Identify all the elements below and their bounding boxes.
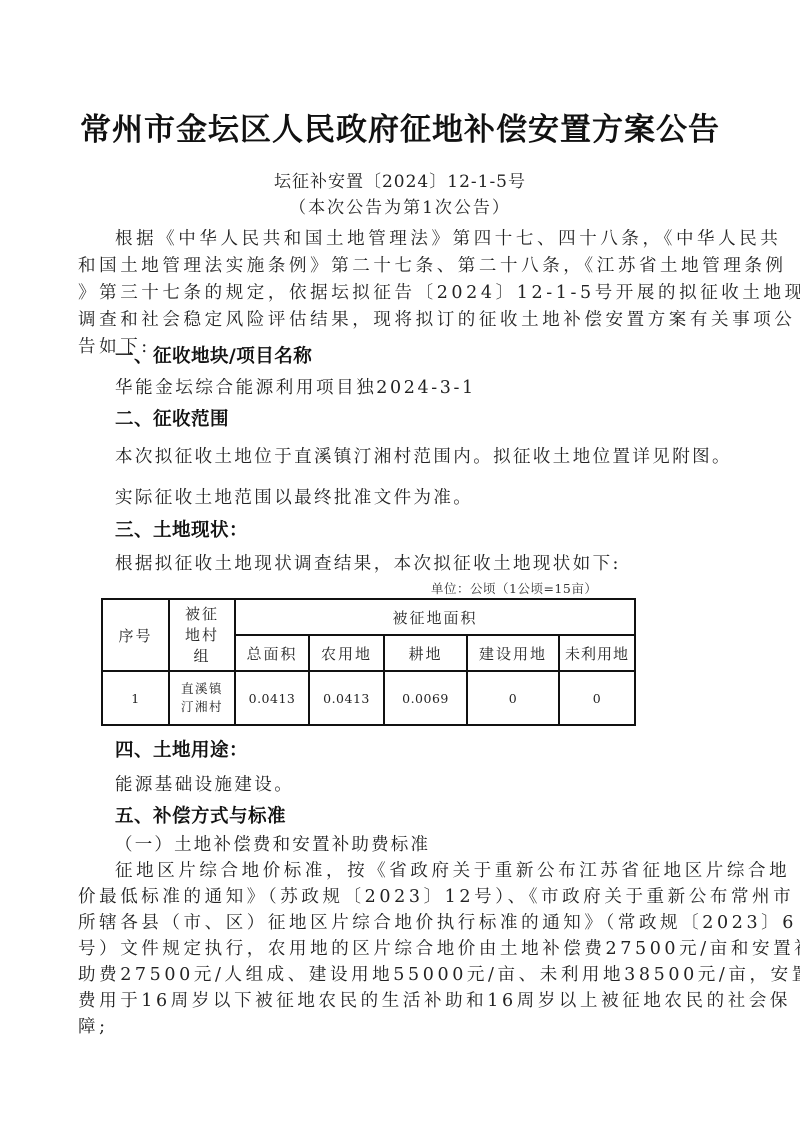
compensation-line: 所辖各县（市、区）征地区片综合地价执行标准的通知》（常政规〔2023〕6: [78, 909, 797, 934]
header-agricultural: 农用地: [309, 635, 384, 671]
cell-agricultural: 0.0413: [309, 671, 384, 725]
header-cultivated: 耕地: [384, 635, 467, 671]
land-status-table: 序号 被征地村组 被征地面积 总面积 农用地 耕地 建设用地 未利用地 1 直溪…: [101, 598, 636, 726]
header-area-group: 被征地面积: [235, 599, 635, 635]
cell-cultivated: 0.0069: [384, 671, 467, 725]
scope-text: 实际征收土地范围以最终批准文件为准。: [115, 484, 473, 509]
table-row: 1 直溪镇汀湘村 0.0413 0.0413 0.0069 0 0: [102, 671, 635, 725]
compensation-line: 障;: [78, 1013, 109, 1038]
cell-construction: 0: [467, 671, 559, 725]
section-heading-scope: 二、征收范围: [115, 405, 229, 431]
cell-seq: 1: [102, 671, 169, 725]
section-heading-land-status: 三、土地现状：: [115, 516, 248, 542]
header-seq: 序号: [102, 599, 169, 671]
intro-line: 调查和社会稳定风险评估结果，现将拟订的征收土地补偿安置方案有关事项公: [78, 306, 795, 331]
section-heading-land-use: 四、土地用途：: [115, 736, 248, 762]
land-status-text: 根据拟征收土地现状调查结果，本次拟征收土地现状如下:: [115, 550, 621, 575]
unit-note: 单位：公顷（1公顷=15亩）: [431, 579, 597, 597]
compensation-line: 助费27500元/人组成、建设用地55000元/亩、未利用地38500元/亩，安…: [78, 961, 800, 986]
project-name: 华能金坛综合能源利用项目独2024-3-1: [115, 374, 476, 399]
land-use-text: 能源基础设施建设。: [115, 771, 294, 796]
header-construction: 建设用地: [467, 635, 559, 671]
scope-text: 本次拟征收土地位于直溪镇汀湘村范围内。拟征收土地位置详见附图。: [115, 443, 732, 468]
compensation-subheading: （一）土地补偿费和安置补助费标准: [115, 831, 430, 856]
compensation-line: 价最低标准的通知》（苏政规〔2023〕12号）、《市政府关于重新公布常州市: [78, 883, 794, 908]
header-village: 被征地村组: [169, 599, 235, 671]
cell-unused: 0: [559, 671, 635, 725]
compensation-line: 费用于16周岁以下被征地农民的生活补助和16周岁以上被征地农民的社会保: [78, 987, 791, 1012]
document-number: 坛征补安置〔2024〕12-1-5号: [0, 167, 800, 192]
cell-village: 直溪镇汀湘村: [169, 671, 235, 725]
page-title: 常州市金坛区人民政府征地补偿安置方案公告: [0, 104, 800, 149]
header-total: 总面积: [235, 635, 309, 671]
compensation-line: 征地区片综合地价标准，按《省政府关于重新公布江苏省征地区片综合地: [115, 857, 790, 882]
intro-line: 和国土地管理法实施条例》第二十七条、第二十八条，《江苏省土地管理条例: [78, 252, 787, 277]
cell-total: 0.0413: [235, 671, 309, 725]
section-heading-project-name: 一、征收地块/项目名称: [115, 342, 312, 368]
header-unused: 未利用地: [559, 635, 635, 671]
intro-line: 》第三十七条的规定，依据坛拟征告〔2024〕12-1-5号开展的拟征收土地现状: [78, 279, 800, 304]
section-heading-compensation: 五、补偿方式与标准: [115, 802, 286, 828]
intro-line: 根据《中华人民共和国土地管理法》第四十七、四十八条，《中华人民共: [115, 225, 781, 250]
compensation-line: 号）文件规定执行，农用地的区片综合地价由土地补偿费27500元/亩和安置补: [78, 935, 800, 960]
announcement-round: （本次公告为第1次公告）: [0, 193, 800, 218]
